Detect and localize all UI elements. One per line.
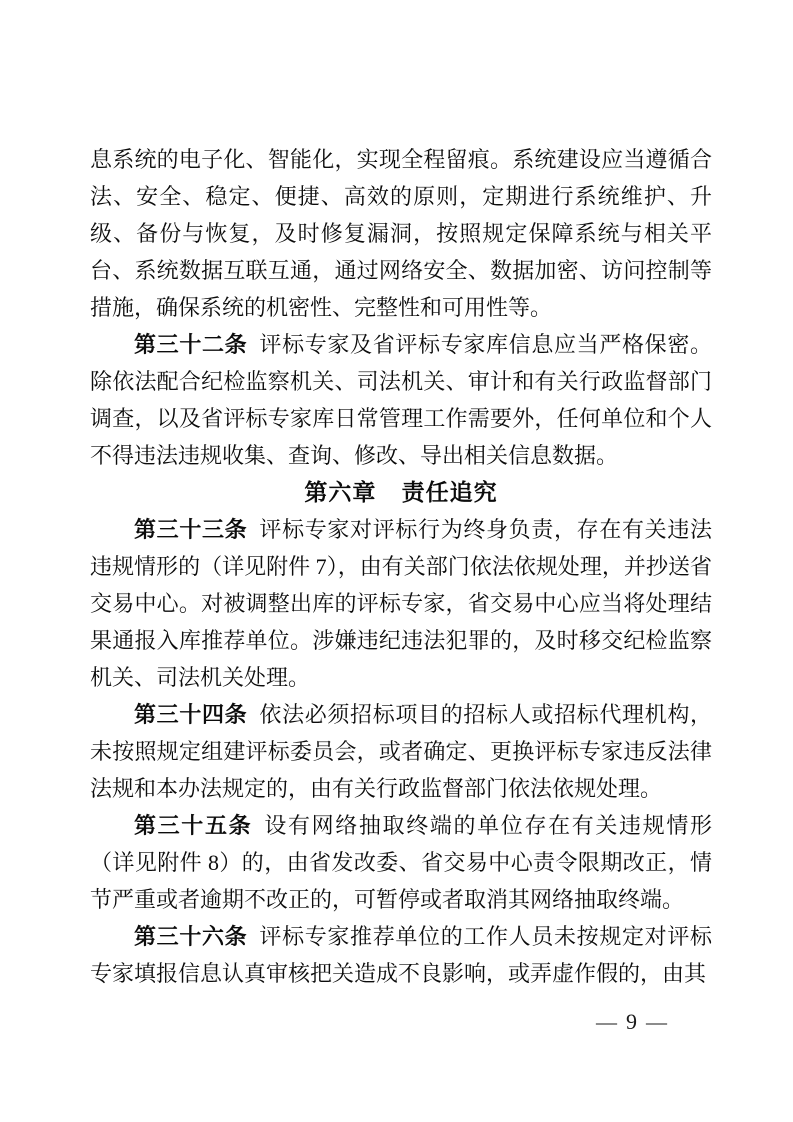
chapter-title: 责任追究 xyxy=(402,479,498,505)
article-paragraph-34: 第三十四条依法必须招标项目的招标人或招标代理机构，未按照规定组建评标委员会，或者… xyxy=(90,696,712,807)
article-number: 第三十四条 xyxy=(134,702,247,727)
document-page: 息系统的电子化、智能化，实现全程留痕。系统建设应当遵循合法、安全、稳定、便捷、高… xyxy=(0,0,793,1122)
page-footer: — 9 — xyxy=(596,1011,667,1033)
continuation-paragraph: 息系统的电子化、智能化，实现全程留痕。系统建设应当遵循合法、安全、稳定、便捷、高… xyxy=(90,141,712,326)
article-paragraph-32: 第三十二条评标专家及省评标专家库信息应当严格保密。除依法配合纪检监察机关、司法机… xyxy=(90,326,712,474)
article-paragraph-36: 第三十六条评标专家推荐单位的工作人员未按规定对评标专家填报信息认真审核把关造成不… xyxy=(90,918,712,992)
article-body: 评标专家对评标行为终身负责，存在有关违法违规情形的（详见附件 7），由有关部门依… xyxy=(90,517,712,690)
article-number: 第三十六条 xyxy=(134,924,247,949)
article-paragraph-33: 第三十三条评标专家对评标行为终身负责，存在有关违法违规情形的（详见附件 7），由… xyxy=(90,511,712,696)
chapter-number: 第六章 xyxy=(304,479,376,505)
chapter-heading: 第六章责任追究 xyxy=(90,474,712,511)
footer-dash-right: — xyxy=(646,1012,667,1033)
article-paragraph-35: 第三十五条设有网络抽取终端的单位存在有关违规情形（详见附件 8）的，由省发改委、… xyxy=(90,807,712,918)
article-number: 第三十二条 xyxy=(134,332,247,357)
article-number: 第三十五条 xyxy=(134,813,252,838)
article-number: 第三十三条 xyxy=(134,517,247,542)
footer-dash-left: — xyxy=(596,1012,617,1033)
body-text: 息系统的电子化、智能化，实现全程留痕。系统建设应当遵循合法、安全、稳定、便捷、高… xyxy=(90,141,712,992)
page-number: 9 xyxy=(626,1011,637,1033)
